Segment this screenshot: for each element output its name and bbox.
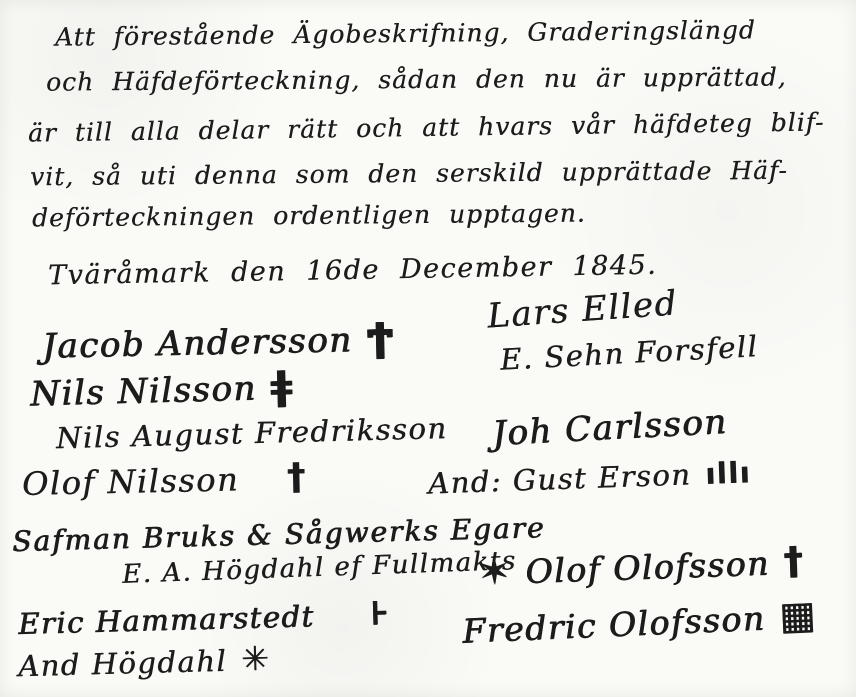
manuscript-line-3: är till alla delar rätt och att hvars vå…: [28, 108, 825, 147]
signature-fredric-olofsson: Fredric Olofsson▦: [461, 594, 817, 651]
bomarke-and-hogdahl-icon: ✳: [241, 641, 271, 678]
bomarke-jacob-andersson-icon: Ϯ: [366, 316, 395, 360]
signature-e-sehn-forsfell: E. Sehn Forsfell: [499, 331, 759, 376]
signature-name: Eric Hammarstedt: [18, 599, 315, 641]
signature-and-hogdahl: And Högdahl✳: [18, 641, 271, 684]
signature-joh-carlsson: Joh Carlsson: [491, 404, 728, 454]
signature-eric-hammarstedt: Eric Hammarstedt⊦: [18, 595, 391, 641]
signature-name: Olof Olofsson: [525, 544, 771, 592]
signature-nils-august-fredriksson: Nils August Fredriksson: [56, 413, 462, 455]
bomarke-nils-nilsson-icon: ǂ: [270, 365, 294, 409]
signature-name: E. Sehn Forsfell: [499, 329, 759, 376]
signature-name: Jacob Andersson: [42, 320, 353, 366]
manuscript-page: Att förestående Ägobeskrifning, Graderin…: [0, 0, 856, 697]
manuscript-line-5: deförteckningen ordentligen upptagen.: [32, 200, 586, 232]
signature-name: Joh Carlsson: [491, 402, 728, 454]
signature-olof-olofsson: ✶Olof Olofsson†: [477, 540, 804, 593]
manuscript-dateline: Tväråmark den 16de December 1845.: [48, 251, 658, 291]
bomarke-fredric-olofsson-icon: ▦: [778, 594, 817, 637]
bomarke-and-gust-erson-icon: ıllı: [705, 457, 752, 490]
signature-jacob-andersson: Jacob AnderssonϮ: [42, 316, 395, 366]
bomarke-eric-hammarstedt-icon: ⊦: [370, 595, 391, 632]
bomarke-olof-olofsson-icon: †: [783, 540, 805, 582]
bomarke-olof-olofsson-pre-icon: ✶: [477, 551, 512, 594]
bomarke-olof-nilsson-icon: †: [286, 457, 307, 498]
signature-lars-elled: Lars Elled: [486, 285, 679, 336]
signature-name: Fredric Olofsson: [461, 599, 766, 651]
signature-nils-nilsson: Nils Nilssonǂ: [29, 365, 293, 415]
manuscript-line-2: och Häfdeförteckning, sådan den nu är up…: [46, 63, 787, 96]
signature-name: Lars Elled: [486, 283, 679, 336]
signature-olof-nilsson: Olof Nilsson†: [22, 457, 308, 503]
signature-name: And Högdahl: [18, 644, 228, 683]
signature-name: Nils August Fredriksson: [56, 411, 448, 455]
signature-name: Nils Nilsson: [30, 369, 257, 415]
signature-and-gust-erson: And: Gust Ersonıllı: [428, 457, 752, 500]
signature-name: And: Gust Erson: [427, 457, 691, 500]
manuscript-line-4: vit, så uti denna som den serskild upprä…: [30, 157, 788, 191]
signature-name: Olof Nilsson: [22, 460, 240, 503]
manuscript-line-1: Att förestående Ägobeskrifning, Graderin…: [55, 16, 756, 51]
